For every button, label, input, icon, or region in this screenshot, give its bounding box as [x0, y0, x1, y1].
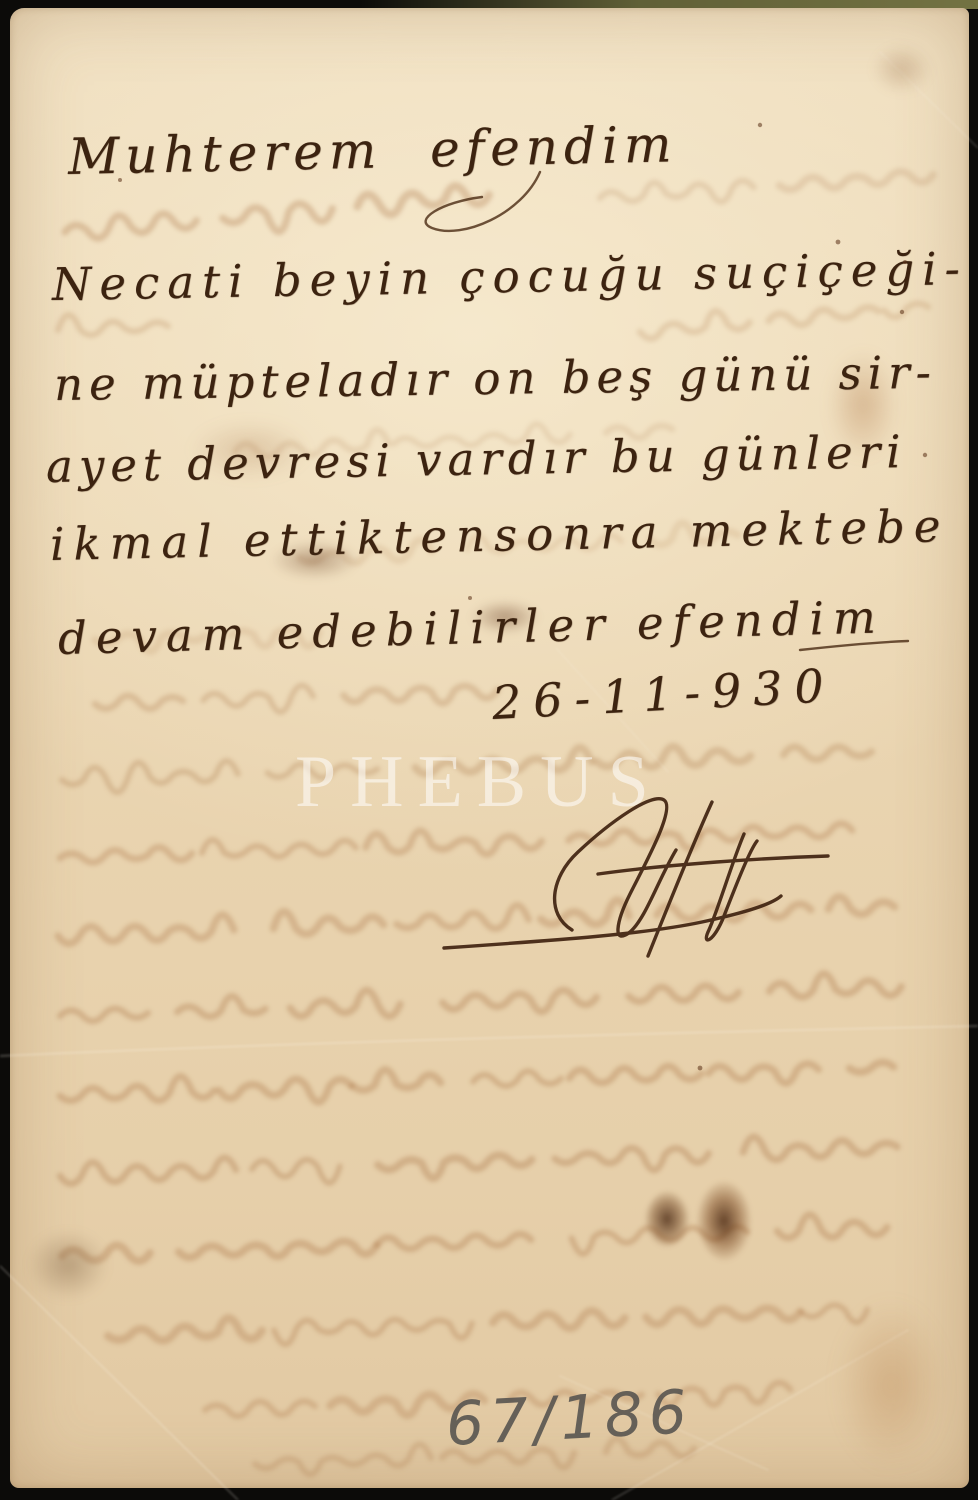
- phebus-watermark: PHEBUS: [295, 740, 663, 825]
- inventory-number-pencil: 67/186: [444, 1377, 694, 1460]
- scanned-letter: Muhterem efendim Necati beyin çocuğu suç…: [0, 0, 978, 1500]
